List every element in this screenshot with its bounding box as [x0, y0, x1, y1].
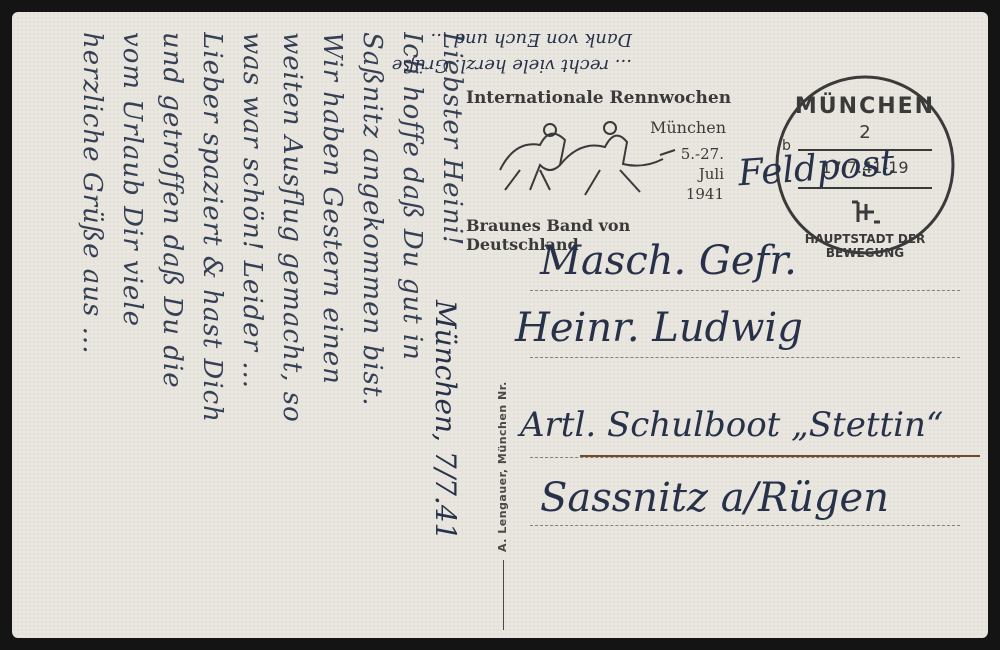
- cancel-title: Internationale Rennwochen: [466, 88, 731, 108]
- printer-text: A. Lengauer, München Nr.: [496, 381, 509, 552]
- address-rule: [530, 523, 960, 526]
- postmark-ring-text: HAUPTSTADT DER BEWEGUNG: [770, 232, 960, 260]
- cancel-year: 1941: [681, 184, 724, 204]
- address-rule: [530, 355, 960, 358]
- address-line-city: Sassnitz a/Rügen: [540, 475, 889, 521]
- place-date: München, 7/7.41: [400, 290, 480, 640]
- place-date-text: München, 7/7.41: [429, 300, 462, 540]
- swastika-icon: [852, 202, 880, 222]
- message-line: herzliche Grüße aus ...: [72, 32, 112, 632]
- address-line-name: Heinr. Ludwig: [515, 305, 803, 351]
- address-line-rank: Masch. Gefr.: [540, 238, 797, 284]
- divider-rule: [503, 560, 504, 630]
- slogan-cancel: Internationale Rennwochen München 5.-27.…: [466, 88, 736, 248]
- message-line: Lieber spaziert & hast Dich: [192, 32, 232, 632]
- message-line: vom Urlaub Dir viele: [112, 32, 152, 632]
- address-underline: [580, 455, 980, 457]
- address-line-unit: Artl. Schulboot „Stettin“: [520, 405, 943, 445]
- cancel-date-range: 5.-27.: [681, 144, 724, 164]
- postmark-city: MÜNCHEN: [770, 94, 960, 119]
- cancel-dates: 5.-27. Juli 1941: [681, 144, 724, 204]
- postmark-number: 2: [770, 122, 960, 143]
- message-line: Wir haben Gestern einen: [312, 32, 352, 632]
- printer-line: A. Lengauer, München Nr.: [472, 260, 502, 640]
- cancel-month: Juli: [681, 164, 724, 184]
- address-rule: [530, 288, 960, 291]
- message-line: weiten Ausflug gemacht, so: [272, 32, 312, 632]
- message-line: und getroffen daß Du die: [152, 32, 192, 632]
- message-line: was war schön! Leider ...: [232, 32, 272, 632]
- message-line: Saßnitz angekommen bist.: [352, 32, 392, 632]
- cancel-city: München: [650, 118, 726, 137]
